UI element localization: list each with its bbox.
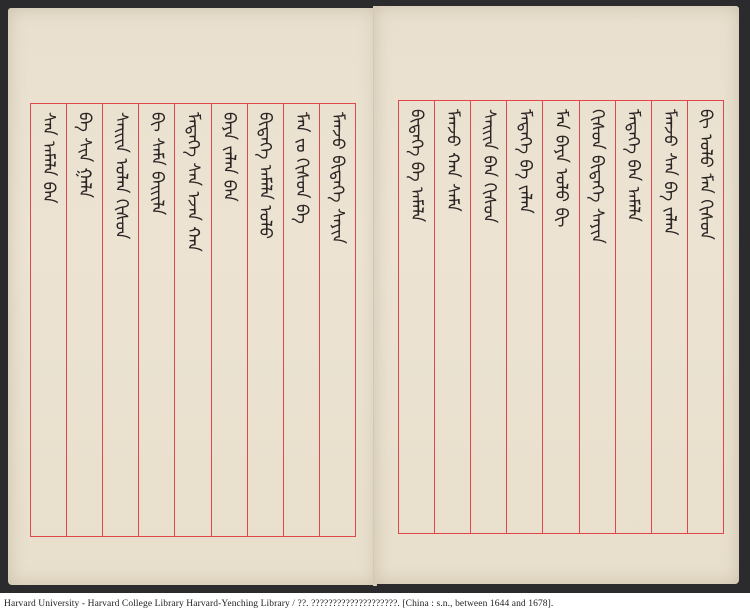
source-caption: Harvard University - Harvard College Lib… — [4, 599, 746, 609]
text-column: ᠮᠡᠳᠡᠭᠡ ᠰᠠᠨ ᠡᠵᠡᠨ ᠬᠠᠨ — [174, 104, 210, 536]
text-column: ᠮᠡᠳᠡᠭᠡ ᠪᠡ ᠵᠠᠯᠠᠨ — [506, 101, 542, 533]
text-column: ᠪᠡᠶᠡ ᠵᠠᠯᠠᠨ ᠪᠠᠨ — [211, 104, 247, 536]
text-column: ᠰᠠᠨ ᠠᠮᠠᠯᠠ ᠪᠠᠨ — [31, 104, 66, 536]
manchu-text: ᠮᠡᠳᠡᠭᠡ ᠪᠡ ᠵᠠᠯᠠᠨ — [515, 109, 535, 214]
text-column: ᠰᠠᠢᠢᠨ ᠤᠯᠠᠨ ᠭᠢᠰᠤᠨ — [102, 104, 138, 536]
text-column: ᠮᠠᠨᠵᠤ ᠪᠢᠳᠡᠭᠡ ᠰᠠᠶᠢᠨ — [319, 104, 355, 536]
manchu-text: ᠮᠡᠳᠡᠭᠡ ᠰᠠᠨ ᠡᠵᠡᠨ ᠬᠠᠨ — [183, 112, 203, 252]
manchu-text: ᠪᠢᠲᠡᠭᠡ ᠠᠮᠠᠯᠠ ᠣᠯᠣ — [255, 112, 275, 239]
manchu-text: ᠮᠠᠨᠵᠤ ᠬᠠᠨ ᠰᠡᠮᠡ — [443, 109, 463, 212]
right-page: ᠪᠢᠳᠡᠭᠡ ᠪᠡ ᠠᠮᠠᠯᠠ ᠮᠠᠨᠵᠤ ᠬᠠᠨ ᠰᠡᠮᠡ ᠰᠠᠢᠢᠨ ᠪᠠᠨ… — [374, 6, 739, 584]
manchu-text: ᠰᠠᠢᠢᠨ ᠤᠯᠠᠨ ᠭᠢᠰᠤᠨ — [111, 112, 131, 239]
text-column: ᠰᠠᠢᠢᠨ ᠪᠠᠨ ᠭᠢᠰᠤᠨ — [470, 101, 506, 533]
manchu-text: ᠪᠡᠶᠡ ᠵᠠᠯᠠᠨ ᠪᠠᠨ — [219, 112, 239, 202]
text-column: ᠪᠡ ᠰᠢᠨ ᠭᠠᠯᠠ — [66, 104, 102, 536]
manchu-text: ᠰᠠᠢᠢᠨ ᠪᠠᠨ ᠭᠢᠰᠤᠨ — [479, 109, 499, 223]
text-column: ᠮᠠᠨ ᠪᠡᠶᠡ ᠣᠯᠣ ᠪᠢ — [542, 101, 578, 533]
manchu-text: ᠪᠢ ᠰᠡᠮᠡ ᠪᠠᠢᠢᠯᠠ — [147, 112, 167, 215]
left-page-ruled-grid: ᠰᠠᠨ ᠠᠮᠠᠯᠠ ᠪᠠᠨ ᠪᠡ ᠰᠢᠨ ᠭᠠᠯᠠ ᠰᠠᠢᠢᠨ ᠤᠯᠠᠨ ᠭᠢᠰ… — [30, 103, 356, 537]
right-page-ruled-grid: ᠪᠢᠳᠡᠭᠡ ᠪᠡ ᠠᠮᠠᠯᠠ ᠮᠠᠨᠵᠤ ᠬᠠᠨ ᠰᠡᠮᠡ ᠰᠠᠢᠢᠨ ᠪᠠᠨ… — [398, 100, 724, 534]
manchu-text: ᠮᠠᠨᠵᠤ ᠰᠠᠨ ᠪᠡ ᠵᠠᠯᠠᠨ — [659, 109, 679, 235]
left-page: ᠰᠠᠨ ᠠᠮᠠᠯᠠ ᠪᠠᠨ ᠪᠡ ᠰᠢᠨ ᠭᠠᠯᠠ ᠰᠠᠢᠢᠨ ᠤᠯᠠᠨ ᠭᠢᠰ… — [8, 8, 377, 585]
text-column: ᠪᠢᠳᠡᠭᠡ ᠪᠡ ᠠᠮᠠᠯᠠ — [399, 101, 434, 533]
text-column: ᠪᠢ ᠰᠡᠮᠡ ᠪᠠᠢᠢᠯᠠ — [138, 104, 174, 536]
text-column: ᠮᠠᠨᠵᠤ ᠬᠠᠨ ᠰᠡᠮᠡ — [434, 101, 470, 533]
text-column: ᠮᠠᠨᠵᠤ ᠰᠠᠨ ᠪᠡ ᠵᠠᠯᠠᠨ — [651, 101, 687, 533]
manchu-text: ᠭᠢᠰᠤᠨ ᠪᠢᠲᠡᠭᠡ ᠰᠠᠶᠢᠨ — [587, 109, 607, 244]
manchu-text: ᠪᠢ ᠣᠯᠣ ᠮᠠᠨ ᠭᠢᠰᠤᠨ — [695, 109, 715, 240]
scanned-image: ᠰᠠᠨ ᠠᠮᠠᠯᠠ ᠪᠠᠨ ᠪᠡ ᠰᠢᠨ ᠭᠠᠯᠠ ᠰᠠᠢᠢᠨ ᠤᠯᠠᠨ ᠭᠢᠰ… — [0, 0, 750, 593]
text-column: ᠭᠢᠰᠤᠨ ᠪᠢᠲᠡᠭᠡ ᠰᠠᠶᠢᠨ — [579, 101, 615, 533]
text-column: ᠪᠢᠲᠡᠭᠡ ᠠᠮᠠᠯᠠ ᠣᠯᠣ — [247, 104, 283, 536]
manchu-text: ᠪᠢᠳᠡᠭᠡ ᠪᠡ ᠠᠮᠠᠯᠠ — [407, 109, 427, 222]
text-column: ᠮᠡᠳᠡᠭᠡ ᠪᠠᠨ ᠠᠮᠠᠯᠠ — [615, 101, 651, 533]
manchu-text: ᠮᠡᠳᠡᠭᠡ ᠪᠠᠨ ᠠᠮᠠᠯᠠ — [623, 109, 643, 222]
manchu-text: ᠪᠡ ᠰᠢᠨ ᠭᠠᠯᠠ — [75, 112, 95, 198]
manchu-text: ᠰᠠᠨ ᠠᠮᠠᠯᠠ ᠪᠠᠨ — [39, 112, 59, 204]
manchu-text: ᠮᠠᠨ ᠪᠡᠶᠡ ᠣᠯᠣ ᠪᠢ — [551, 109, 571, 227]
text-column: ᠮᠠᠨ ᠵᠤ ᠭᠢᠰᠤᠨ ᠪᠡ — [283, 104, 319, 536]
manchu-text: ᠮᠠᠨᠵᠤ ᠪᠢᠳᠡᠭᠡ ᠰᠠᠶᠢᠨ — [327, 112, 347, 244]
manchu-text: ᠮᠠᠨ ᠵᠤ ᠭᠢᠰᠤᠨ ᠪᠡ — [291, 112, 311, 224]
text-column: ᠪᠢ ᠣᠯᠣ ᠮᠠᠨ ᠭᠢᠰᠤᠨ — [687, 101, 723, 533]
